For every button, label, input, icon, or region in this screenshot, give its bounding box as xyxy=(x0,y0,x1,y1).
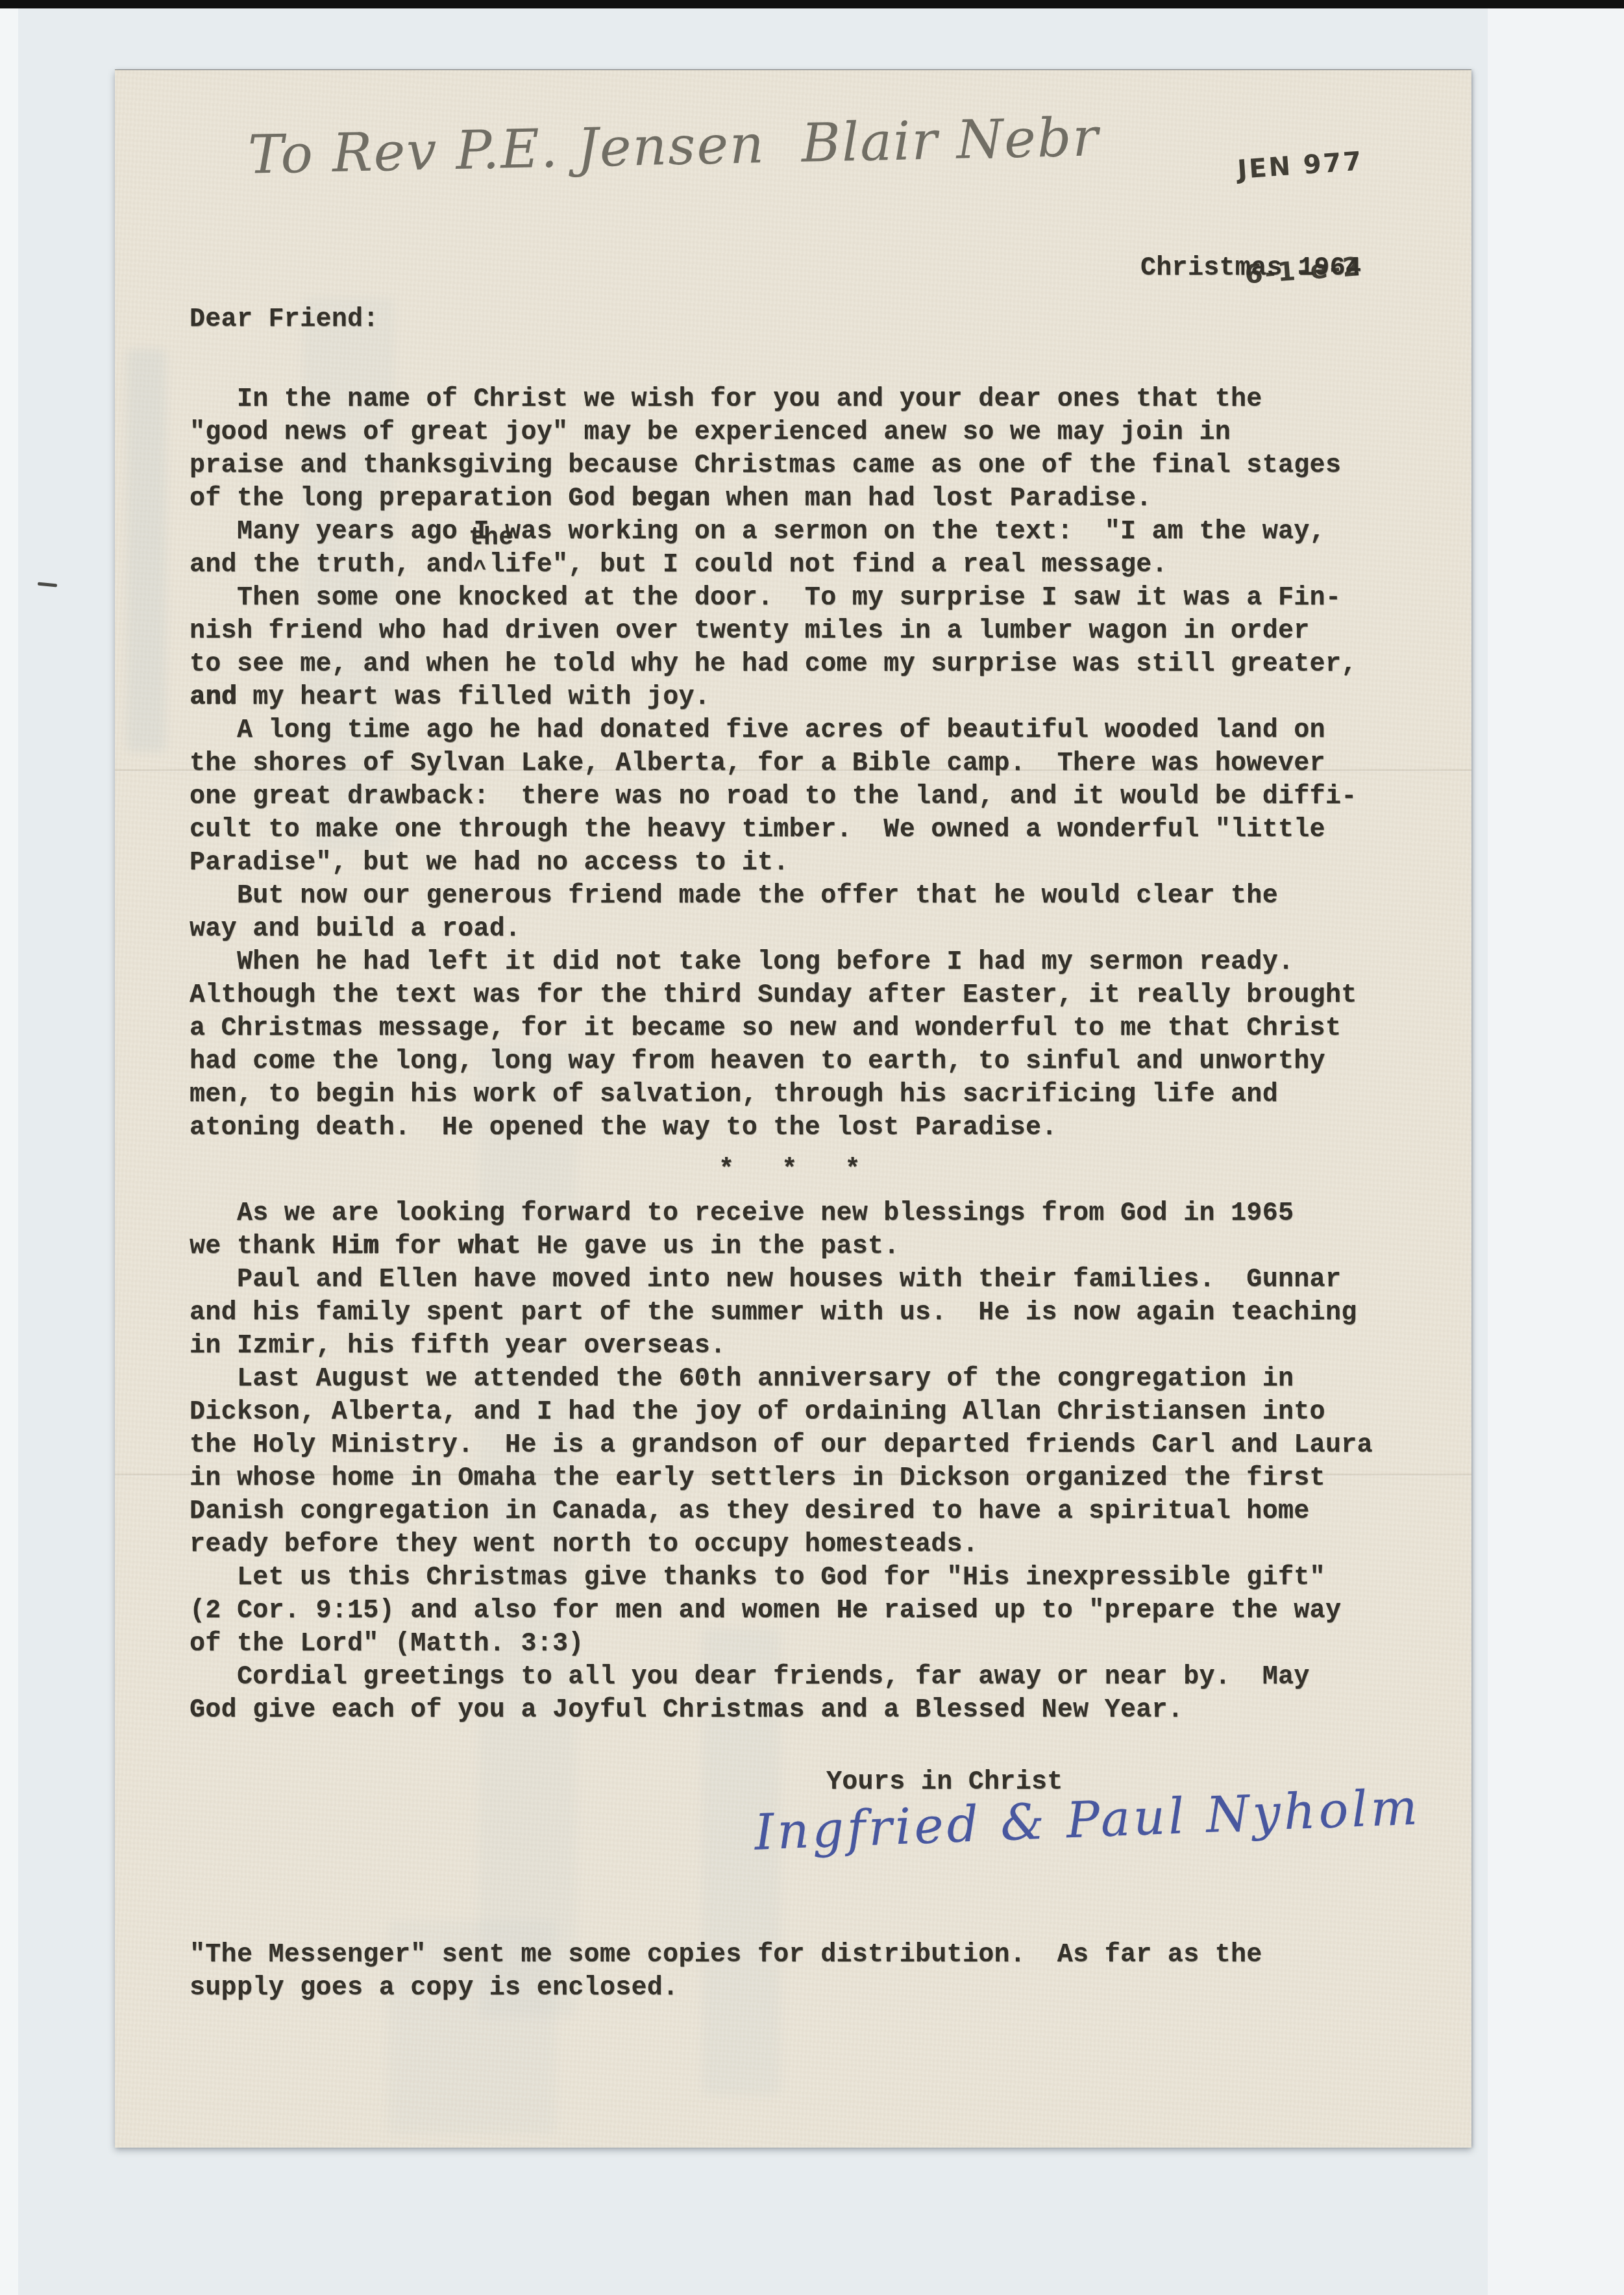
letter-line: Dickson, Alberta, and I had the joy of o… xyxy=(190,1396,1373,1429)
letter-line: we thank Him for what He gave us in the … xyxy=(190,1230,1373,1263)
letter-line: of the Lord" (Matth. 3:3) xyxy=(190,1628,1373,1661)
letter-line: way and build a road. xyxy=(190,913,1357,946)
letter-line: But now our generous friend made the off… xyxy=(190,880,1357,913)
letter-line: In the name of Christ we wish for you an… xyxy=(190,383,1357,416)
letter-line: "The Messenger" sent me some copies for … xyxy=(190,1939,1262,1972)
letter-line: and his family spent part of the summer … xyxy=(190,1296,1373,1330)
letter-line: in whose home in Omaha the early settler… xyxy=(190,1462,1373,1495)
scan-background-highlight-left xyxy=(0,8,18,2295)
letter-line: Let us this Christmas give thanks to God… xyxy=(190,1561,1373,1594)
letter-line: the shores of Sylvan Lake, Alberta, for … xyxy=(190,747,1357,780)
handwritten-inscription: To Rev P.E. Jensen Blair Nebr xyxy=(247,106,1100,186)
letter-line: and the truth, and life", but I could no… xyxy=(190,549,1357,582)
letter-line: of the long preparation God began when m… xyxy=(190,482,1357,515)
letter-line: men, to begin his work of salvation, thr… xyxy=(190,1078,1357,1111)
letter-line: Danish congregation in Canada, as they d… xyxy=(190,1495,1373,1528)
letter-line: Although the text was for the third Sund… xyxy=(190,979,1357,1012)
letter-body-part1: In the name of Christ we wish for you an… xyxy=(190,383,1357,1145)
letter-line: one great drawback: there was no road to… xyxy=(190,780,1357,813)
typed-insertion-word: the xyxy=(469,526,513,551)
letter-date: Christmas 1964 xyxy=(1140,252,1361,285)
letter-line: had come the long, long way from heaven … xyxy=(190,1045,1357,1078)
pencil-dash-mark xyxy=(38,582,57,587)
letter-line: Paul and Ellen have moved into new house… xyxy=(190,1263,1373,1296)
letter-line: atoning death. He opened the way to the … xyxy=(190,1111,1357,1145)
letter-line: a Christmas message, for it became so ne… xyxy=(190,1012,1357,1045)
letter-line: and my heart was filled with joy. xyxy=(190,681,1357,714)
letter-line: (2 Cor. 9:15) and also for men and women… xyxy=(190,1594,1373,1628)
letter-line: supply goes a copy is enclosed. xyxy=(190,1972,1262,2005)
letter-line: Many years ago I was working on a sermon… xyxy=(190,515,1357,549)
archival-code-line1: JEN 977 xyxy=(1236,143,1364,187)
letter-line: cult to make one through the heavy timbe… xyxy=(190,813,1357,847)
letter-line: the Holy Ministry. He is a grandson of o… xyxy=(190,1429,1373,1462)
letter-line: Then some one knocked at the door. To my… xyxy=(190,582,1357,615)
letter-line: Last August we attended the 60th anniver… xyxy=(190,1363,1373,1396)
letter-line: Cordial greetings to all you dear friend… xyxy=(190,1661,1373,1694)
scanner-edge-bar xyxy=(0,0,1624,8)
scanned-letter-page: JEN 977 6-1-e-2 To Rev P.E. Jensen Blair… xyxy=(0,0,1624,2295)
letter-line: in Izmir, his fifth year overseas. xyxy=(190,1330,1373,1363)
letter-line: God give each of you a Joyful Christmas … xyxy=(190,1694,1373,1727)
postscript: "The Messenger" sent me some copies for … xyxy=(190,1939,1262,2005)
letter-line: nish friend who had driven over twenty m… xyxy=(190,615,1357,648)
insertion-caret-mark: ^ xyxy=(473,558,487,580)
scan-background-highlight-right xyxy=(1488,8,1624,2295)
letter-line: A long time ago he had donated five acre… xyxy=(190,714,1357,747)
letter-line: "good news of great joy" may be experien… xyxy=(190,416,1357,449)
letter-line: Paradise", but we had no access to it. xyxy=(190,847,1357,880)
letter-paper: JEN 977 6-1-e-2 To Rev P.E. Jensen Blair… xyxy=(115,70,1471,2148)
letter-line: to see me, and when he told why he had c… xyxy=(190,648,1357,681)
letter-line: ready before they went north to occupy h… xyxy=(190,1528,1373,1561)
letter-line: When he had left it did not take long be… xyxy=(190,946,1357,979)
archival-code: JEN 977 6-1-e-2 xyxy=(1231,74,1377,362)
section-separator: * * * xyxy=(719,1154,861,1187)
letter-line: praise and thanksgiving because Christma… xyxy=(190,449,1357,482)
showthrough-ghost xyxy=(127,349,166,752)
letter-body-part2: As we are looking forward to receive new… xyxy=(190,1197,1373,1727)
letter-line: As we are looking forward to receive new… xyxy=(190,1197,1373,1230)
salutation: Dear Friend: xyxy=(190,303,379,336)
